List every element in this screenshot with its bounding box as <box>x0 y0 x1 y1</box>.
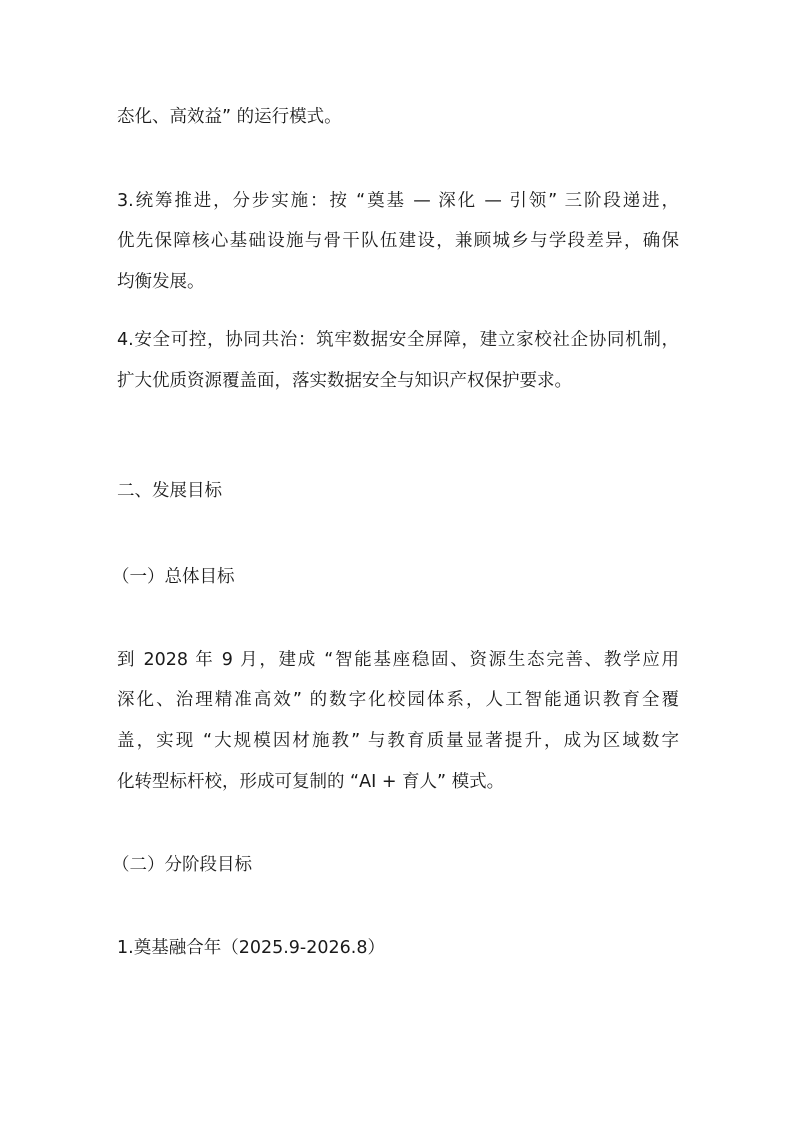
overall-goal-line-1: 到 2028 年 9 月，建成 “智能基座稳固、资源生态完善、教学应用 <box>117 648 679 672</box>
overall-goal-line-2: 深化、治理精准高效” 的数字化校园体系，人工智能通识教育全覆 <box>117 688 679 712</box>
subsection-heading-overall-goal: （一）总体目标 <box>112 565 235 589</box>
principle-3-line-2: 优先保障核心基础设施与骨干队伍建设，兼顾城乡与学段差异，确保 <box>117 229 679 253</box>
paragraph-line-continuation: 态化、高效益” 的运行模式。 <box>117 105 342 129</box>
principle-3-line-3: 均衡发展。 <box>117 270 205 294</box>
phase-1-heading: 1.奠基融合年（2025.9-2026.8） <box>117 936 385 960</box>
principle-4-line-1: 4.安全可控，协同共治：筑牢数据安全屏障，建立家校社企协同机制， <box>117 328 679 352</box>
principle-3-line-1: 3.统筹推进，分步实施：按 “奠基 — 深化 — 引领” 三阶段递进， <box>117 189 679 213</box>
overall-goal-line-4: 化转型标杆校，形成可复制的 “AI + 育人” 模式。 <box>117 770 504 794</box>
subsection-heading-phased-goals: （二）分阶段目标 <box>112 853 252 877</box>
section-heading-development-goals: 二、发展目标 <box>117 479 222 503</box>
overall-goal-line-3: 盖，实现 “大规模因材施教” 与教育质量显著提升，成为区域数字 <box>117 729 679 753</box>
principle-4-line-2: 扩大优质资源覆盖面，落实数据安全与知识产权保护要求。 <box>117 369 572 393</box>
